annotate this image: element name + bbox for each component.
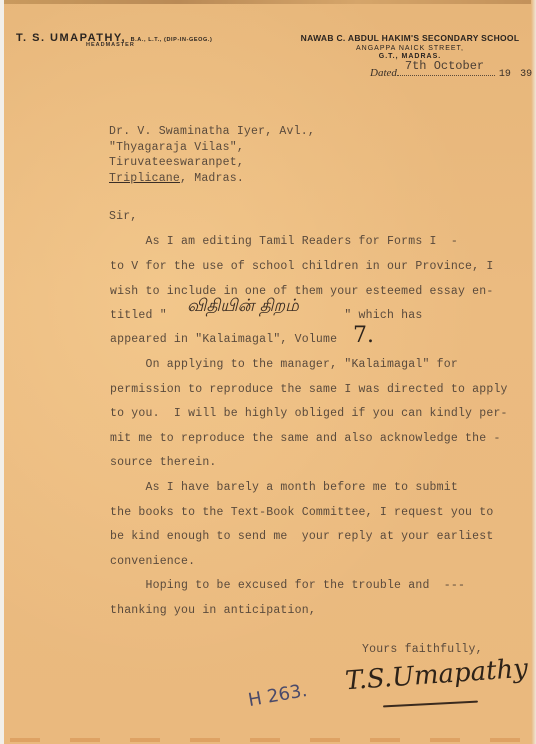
sender-role: HEADMASTER	[86, 42, 135, 48]
paper-right-margin	[531, 0, 536, 744]
body-line: As I have barely a month before me to su…	[110, 481, 458, 494]
recipient-line: Tiruvateeswaranpet,	[109, 155, 315, 171]
recipient-line: Triplicane, Madras.	[109, 171, 315, 187]
body-line: to V for the use of school children in o…	[110, 260, 493, 273]
date-label: Dated	[370, 67, 397, 79]
body-line: be kind enough to send me your reply at …	[110, 530, 493, 543]
body-line: appeared in "Kalaimagal", Volume	[110, 333, 337, 346]
recipient-line: "Thyagaraja Vilas",	[109, 140, 315, 156]
body-line: source therein.	[110, 456, 217, 469]
paper-left-margin	[0, 0, 4, 744]
date-dotted-field: 7th October	[397, 65, 495, 76]
letterhead-school: NAWAB C. ABDUL HAKIM'S SECONDARY SCHOOL …	[290, 33, 530, 60]
date-line: Dated7th October19 39	[370, 65, 532, 80]
handwritten-volume-number: 7.	[353, 323, 374, 348]
recipient-locality-underlined: Triplicane	[109, 172, 180, 185]
body-line: As I am editing Tamil Readers for Forms …	[110, 235, 458, 248]
body-line: permission to reproduce the same I was d…	[110, 383, 508, 396]
body-line: the books to the Text-Book Committee, I …	[110, 506, 493, 519]
school-street: ANGAPPA NAICK STREET,	[290, 45, 530, 52]
letter-paper	[0, 0, 536, 744]
body-line: to you. I will be highly obliged if you …	[110, 407, 508, 420]
date-year-suffix: 39	[520, 69, 532, 80]
date-value: 7th October	[405, 59, 484, 73]
body-line: thanking you in anticipation,	[110, 604, 316, 617]
closing: Yours faithfully,	[362, 643, 483, 656]
recipient-address: Dr. V. Swaminatha Iyer, Avl.,"Thyagaraja…	[109, 124, 315, 186]
body-line: On applying to the manager, "Kalaimagal"…	[110, 358, 458, 371]
recipient-city: , Madras.	[180, 172, 244, 185]
body-line: Hoping to be excused for the trouble and…	[110, 579, 465, 592]
date-year-prefix: 19	[499, 69, 511, 80]
handwritten-tamil-title: விதியின் திறம்	[187, 296, 299, 318]
paper-top-edge	[0, 0, 536, 4]
paper-bottom-stain	[10, 738, 530, 742]
school-name: NAWAB C. ABDUL HAKIM'S SECONDARY SCHOOL	[290, 33, 530, 43]
recipient-line: Dr. V. Swaminatha Iyer, Avl.,	[109, 124, 315, 140]
sender-qualifications: B.A., L.T., (DIP-IN-GEOG.)	[131, 37, 213, 43]
body-line: wish to include in one of them your este…	[110, 285, 493, 298]
body-line: mit me to reproduce the same and also ac…	[110, 432, 501, 445]
body-line: convenience.	[110, 555, 195, 568]
salutation: Sir,	[109, 210, 137, 223]
